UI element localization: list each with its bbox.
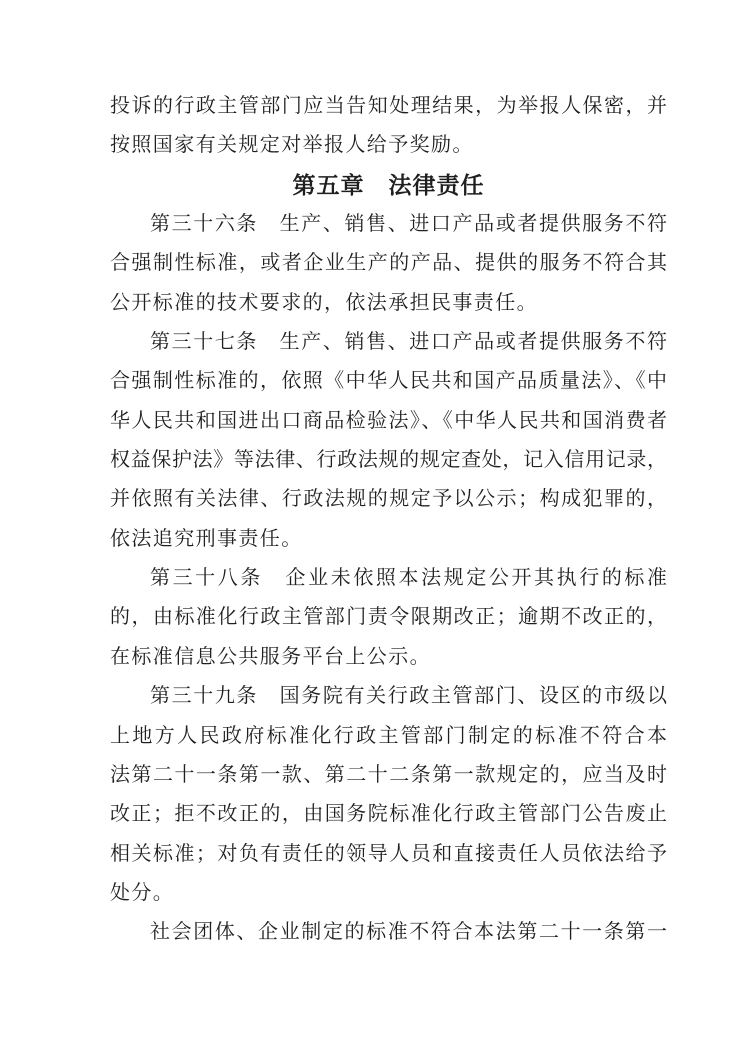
text-line: 法第二十一条第一款、第二十二条第一款规定的，应当及时: [110, 756, 667, 795]
text-column: 投诉的行政主管部门应当告知处理结果，为举报人保密，并按照国家有关规定对举报人给予…: [110, 87, 667, 953]
text-line: 并依照有关法律、行政法规的规定予以公示；构成犯罪的，: [110, 480, 667, 519]
text-line: 合强制性标准的，依照《中华人民共和国产品质量法》、《中: [110, 362, 667, 401]
chapter-heading: 第五章 法律责任: [110, 166, 667, 205]
text-line: 按照国家有关规定对举报人给予奖励。: [110, 126, 667, 165]
text-line: 权益保护法》等法律、行政法规的规定查处，记入信用记录，: [110, 441, 667, 480]
text-line: 相关标准；对负有责任的领导人员和直接责任人员依法给予: [110, 835, 667, 874]
text-line: 改正；拒不改正的，由国务院标准化行政主管部门公告废止: [110, 795, 667, 834]
text-line: 华人民共和国进出口商品检验法》、《中华人民共和国消费者: [110, 402, 667, 441]
text-line: 第三十七条 生产、销售、进口产品或者提供服务不符: [110, 323, 667, 362]
text-line: 上地方人民政府标准化行政主管部门制定的标准不符合本: [110, 717, 667, 756]
text-line: 公开标准的技术要求的，依法承担民事责任。: [110, 284, 667, 323]
text-line: 社会团体、企业制定的标准不符合本法第二十一条第一: [110, 913, 667, 952]
text-line: 在标准信息公共服务平台上公示。: [110, 638, 667, 677]
text-line: 投诉的行政主管部门应当告知处理结果，为举报人保密，并: [110, 87, 667, 126]
text-line: 处分。: [110, 874, 667, 913]
document-page: 投诉的行政主管部门应当告知处理结果，为举报人保密，并按照国家有关规定对举报人给予…: [0, 0, 750, 1060]
text-line: 合强制性标准，或者企业生产的产品、提供的服务不符合其: [110, 244, 667, 283]
text-line: 的，由标准化行政主管部门责令限期改正；逾期不改正的，: [110, 598, 667, 637]
text-line: 第三十六条 生产、销售、进口产品或者提供服务不符: [110, 205, 667, 244]
text-line: 第三十九条 国务院有关行政主管部门、设区的市级以: [110, 677, 667, 716]
text-line: 依法追究刑事责任。: [110, 520, 667, 559]
text-line: 第三十八条 企业未依照本法规定公开其执行的标准: [110, 559, 667, 598]
